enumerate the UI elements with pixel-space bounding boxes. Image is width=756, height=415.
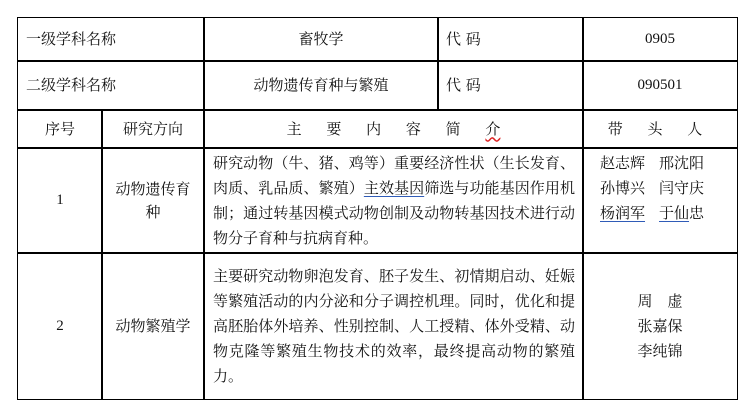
second-level-value-cell: 动物遗传育种与繁殖 bbox=[203, 60, 439, 111]
first-level-value-cell: 畜牧学 bbox=[203, 17, 439, 62]
first-level-code-value: 0905 bbox=[645, 27, 675, 52]
leader-name: 于仙忠 bbox=[659, 201, 704, 226]
first-level-label-cell: 一级学科名称 bbox=[17, 17, 205, 62]
leader-name: 孙博兴 bbox=[600, 176, 645, 201]
row1-index: 1 bbox=[56, 188, 64, 213]
row1-summary-underlined: 主效基因 bbox=[364, 179, 424, 197]
header-index: 序号 bbox=[45, 117, 75, 142]
row1-direction-cell: 动物遗传育种 bbox=[101, 147, 205, 254]
leader-name: 张嘉保 bbox=[637, 314, 682, 339]
row2-leaders-list: 周 虚 张嘉保 李纯锦 bbox=[637, 289, 682, 364]
header-leaders-cell: 带 头 人 bbox=[582, 109, 738, 149]
row2-summary-cell: 主要研究动物卵泡发育、胚子发生、初情期启动、妊娠等繁殖活动的内分泌和分子调控机理… bbox=[203, 252, 584, 400]
header-direction-cell: 研究方向 bbox=[101, 109, 205, 149]
row1-leaders-cell: 赵志辉 邢沈阳 孙博兴 闫守庆 杨润军 于仙忠 bbox=[582, 147, 738, 254]
row2-direction: 动物繁殖学 bbox=[115, 314, 190, 339]
second-level-label: 二级学科名称 bbox=[26, 73, 116, 98]
leader-name: 李纯锦 bbox=[637, 339, 682, 364]
first-level-code-label: 代 码 bbox=[446, 27, 481, 52]
leader-name: 周 虚 bbox=[637, 289, 682, 314]
row2-index-cell: 2 bbox=[17, 252, 103, 400]
first-level-code-value-cell: 0905 bbox=[582, 17, 738, 62]
second-level-code-value: 090501 bbox=[638, 73, 683, 98]
leader-name: 邢沈阳 bbox=[659, 151, 704, 176]
row2-summary: 主要研究动物卵泡发育、胚子发生、初情期启动、妊娠等繁殖活动的内分泌和分子调控机理… bbox=[213, 264, 575, 389]
first-level-code-label-cell: 代 码 bbox=[437, 17, 584, 62]
row1-leaders-list: 赵志辉 邢沈阳 孙博兴 闫守庆 杨润军 于仙忠 bbox=[600, 151, 704, 226]
first-level-label: 一级学科名称 bbox=[26, 27, 116, 52]
row1-index-cell: 1 bbox=[17, 147, 103, 254]
header-summary-last-char: 介 bbox=[485, 117, 500, 142]
leader-name: 杨润军 bbox=[600, 201, 645, 226]
second-level-code-label: 代 码 bbox=[446, 73, 481, 98]
header-summary: 主 要 内 容 简 bbox=[287, 117, 486, 142]
row1-direction: 动物遗传育种 bbox=[112, 178, 194, 224]
second-level-code-label-cell: 代 码 bbox=[437, 60, 584, 111]
leader-name: 赵志辉 bbox=[600, 151, 645, 176]
row2-leaders-cell: 周 虚 张嘉保 李纯锦 bbox=[582, 252, 738, 400]
leader-name: 闫守庆 bbox=[659, 176, 704, 201]
second-level-code-value-cell: 090501 bbox=[582, 60, 738, 111]
header-index-cell: 序号 bbox=[17, 109, 103, 149]
row1-summary-cell: 研究动物（牛、猪、鸡等）重要经济性状（生长发育、肉质、乳品质、繁殖）主效基因筛选… bbox=[203, 147, 584, 254]
row2-direction-cell: 动物繁殖学 bbox=[101, 252, 205, 400]
first-level-value: 畜牧学 bbox=[298, 27, 343, 52]
second-level-label-cell: 二级学科名称 bbox=[17, 60, 205, 111]
header-direction: 研究方向 bbox=[123, 117, 183, 142]
row2-index: 2 bbox=[56, 314, 64, 339]
header-leaders: 带 头 人 bbox=[608, 117, 713, 142]
header-summary-cell: 主 要 内 容 简 介 bbox=[203, 109, 584, 149]
discipline-table: 一级学科名称 畜牧学 代 码 0905 二级学科名称 动物遗传育种与繁殖 代 码… bbox=[17, 17, 738, 400]
row1-summary: 研究动物（牛、猪、鸡等）重要经济性状（生长发育、肉质、乳品质、繁殖）主效基因筛选… bbox=[213, 151, 575, 251]
second-level-value: 动物遗传育种与繁殖 bbox=[253, 73, 388, 98]
